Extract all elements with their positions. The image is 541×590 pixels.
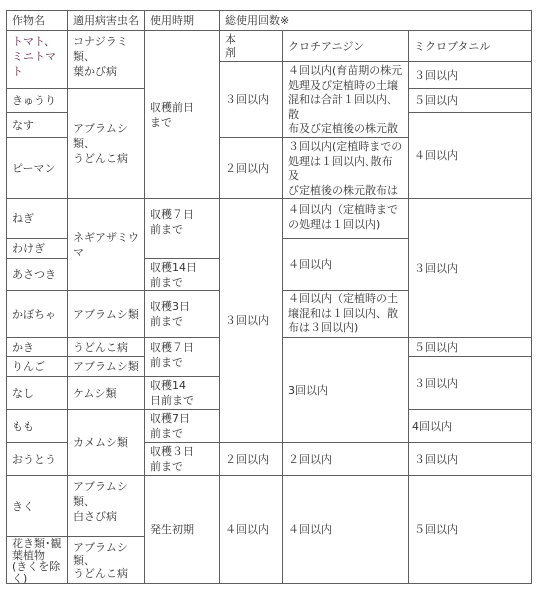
header-crop: 作物名: [6, 10, 68, 31]
crop-kabocha-label: かぼちゃ: [12, 307, 56, 322]
pest-momo-group-label: カメムシ類: [73, 435, 128, 450]
header-pest-label: 適用病害虫名: [73, 13, 139, 28]
myclobutanil-tomato: ３回以内: [408, 61, 532, 89]
timing-vegetables: 収穫前日 まで: [144, 30, 220, 199]
crop-cucumber-label: きゅうり: [12, 93, 56, 108]
myclobutanil-kaki: ５回以内: [408, 337, 532, 357]
pest-ringo-label: アブラムシ類: [73, 359, 139, 374]
clothianidin-tomato-to-eggplant: ４回以内(育苗期の株元 処理及び定植時の土壌 混和は合計１回以内､散 布及び定植…: [282, 61, 409, 138]
crop-outou-label: おうとう: [12, 452, 56, 467]
this-agent-count: ３回以内: [225, 92, 269, 107]
subheader-clothianidin: クロチアニジン: [282, 30, 409, 62]
pest-kiku: アブラムシ 類、 白さび病: [67, 475, 145, 537]
crop-cucumber: きゅうり: [6, 88, 68, 113]
myclobutanil-outou: ３回以内: [408, 442, 532, 476]
myclobutanil-cucumber: ５回以内: [408, 88, 532, 113]
timing-vegetables-label: 収穫前日 まで: [150, 100, 194, 130]
crop-ringo-label: りんご: [12, 359, 45, 374]
myclobutanil-count: 4回以内: [412, 419, 452, 434]
subheader-myclobutanil-label: ミクロブタニル: [414, 39, 490, 54]
pest-negi-group: ネギアザミウ マ: [67, 198, 145, 291]
clothianidin-count: ４回以内: [288, 522, 332, 537]
myclobutanil-count: ５回以内: [414, 340, 458, 355]
clothianidin-count: ４回以内: [288, 257, 332, 272]
myclobutanil-eggplant-pepper: ４回以内: [408, 112, 532, 199]
crop-negi: ねぎ: [6, 198, 68, 239]
myclobutanil-momo: 4回以内: [408, 409, 532, 443]
clothianidin-flowers: ４回以内: [282, 475, 409, 584]
myclobutanil-negi-to-kabocha: ３回以内: [408, 198, 532, 338]
header-timing-label: 使用時期: [150, 13, 194, 28]
pest-negi-group-label: ネギアザミウ マ: [73, 230, 139, 260]
this-agent-tomato-to-eggplant: ３回以内: [219, 61, 283, 138]
crop-asatsuki-label: あさつき: [12, 267, 56, 282]
pest-ringo: アブラムシ類: [67, 356, 145, 377]
crop-flowers: 花き類･観 葉植物 (きくを除 く): [6, 536, 68, 584]
this-agent-count: ２回以内: [225, 452, 269, 467]
crop-ringo: りんご: [6, 356, 68, 377]
timing-asatsuki: 収穫14日 前まで: [144, 258, 220, 291]
crop-kaki: かき: [6, 337, 68, 357]
crop-wakegi: わけぎ: [6, 238, 68, 259]
subheader-this-agent: 本 剤: [219, 30, 283, 62]
myclobutanil-count: ３回以内: [414, 68, 458, 83]
crop-nashi: なし: [6, 376, 68, 410]
clothianidin-negi-wakegi: ４回以内（定植時まで の処理は１回以内): [282, 198, 409, 239]
header-total-uses: 総使用回数※: [219, 10, 532, 31]
subheader-myclobutanil: ミクロブタニル: [408, 30, 532, 62]
myclobutanil-count: ４回以内: [414, 148, 458, 163]
crop-tomato: トマト、 ミニトマ ト: [6, 30, 68, 89]
this-agent-count: ４回以内: [225, 522, 269, 537]
pest-nashi: ケムシ類: [67, 376, 145, 410]
timing-negi: 収穫７日 前まで: [144, 198, 220, 259]
timing-kaki-ringo: 収穫７日 前まで: [144, 337, 220, 377]
myclobutanil-count: ３回以内: [414, 452, 458, 467]
this-agent-pepper: ２回以内: [219, 137, 283, 199]
clothianidin-pepper: ３回以内(定植時までの 処理は１回以内､散布及 び定植後の株元散布は 合計２回以…: [282, 137, 409, 199]
pest-tomato: コナジラミ 類、 葉かび病: [67, 30, 145, 89]
myclobutanil-count: ５回以内: [414, 93, 458, 108]
myclobutanil-flowers: ５回以内: [408, 475, 532, 584]
pest-flowers: アブラムシ 類、 うどんこ病: [67, 536, 145, 584]
timing-kabocha: 収穫3日 前まで: [144, 290, 220, 338]
pest-cucumber-group: アブラムシ 類、 うどんこ病: [67, 88, 145, 199]
clothianidin-asatsuki: ４回以内: [282, 238, 409, 291]
crop-momo-label: もも: [12, 419, 34, 434]
crop-outou: おうとう: [6, 442, 68, 476]
myclobutanil-count: ３回以内: [414, 261, 458, 276]
crop-momo: もも: [6, 409, 68, 443]
crop-kabocha: かぼちゃ: [6, 290, 68, 338]
subheader-clothianidin-label: クロチアニジン: [288, 39, 364, 54]
myclobutanil-count: ５回以内: [414, 522, 458, 537]
clothianidin-count: ２回以内: [288, 452, 332, 467]
header-total-label: 総使用回数※: [225, 13, 289, 28]
crop-negi-label: ねぎ: [12, 211, 34, 226]
pest-flowers-label: アブラムシ 類、 うどんこ病: [73, 541, 128, 580]
header-crop-label: 作物名: [12, 13, 45, 28]
crop-eggplant-label: なす: [12, 118, 34, 133]
pest-kabocha-label: アブラムシ類: [73, 307, 139, 322]
crop-wakegi-label: わけぎ: [12, 241, 45, 256]
clothianidin-count: 3回以内: [288, 383, 328, 398]
pest-kabocha: アブラムシ類: [67, 290, 145, 338]
timing-momo: 収穫7日 前まで: [144, 409, 220, 443]
myclobutanil-count: ３回以内: [414, 376, 458, 391]
this-agent-negi-to-momo: ３回以内: [219, 198, 283, 443]
pest-kaki: うどんこ病: [67, 337, 145, 357]
crop-eggplant: なす: [6, 112, 68, 138]
timing-flowers: 発生初期: [144, 475, 220, 584]
this-agent-count: ２回以内: [225, 161, 269, 176]
clothianidin-kaki-to-momo: 3回以内: [282, 337, 409, 443]
myclobutanil-ringo-nashi: ３回以内: [408, 356, 532, 410]
crop-kiku: きく: [6, 475, 68, 537]
this-agent-flowers: ４回以内: [219, 475, 283, 584]
timing-outou: 収穫３日 前まで: [144, 442, 220, 476]
pest-momo-group: カメムシ類: [67, 409, 145, 476]
header-timing: 使用時期: [144, 10, 220, 31]
crop-nashi-label: なし: [12, 386, 34, 401]
header-pest: 適用病害虫名: [67, 10, 145, 31]
crop-kiku-label: きく: [12, 499, 34, 514]
timing-flowers-label: 発生初期: [150, 522, 194, 537]
crop-asatsuki: あさつき: [6, 258, 68, 291]
crop-pepper-label: ピーマン: [12, 161, 56, 176]
pest-cucumber-group-label: アブラムシ 類、 うどんこ病: [73, 121, 128, 166]
pest-nashi-label: ケムシ類: [73, 386, 116, 401]
timing-nashi: 収穫14 日前まで: [144, 376, 220, 410]
this-agent-count: ３回以内: [225, 313, 269, 328]
crop-pepper: ピーマン: [6, 137, 68, 199]
this-agent-outou: ２回以内: [219, 442, 283, 476]
crop-kaki-label: かき: [12, 340, 34, 355]
pest-kaki-label: うどんこ病: [73, 340, 128, 355]
clothianidin-outou: ２回以内: [282, 442, 409, 476]
clothianidin-kabocha: ４回以内（定植時の土 壌混和は１回以内、散 布は３回以内): [282, 290, 409, 338]
